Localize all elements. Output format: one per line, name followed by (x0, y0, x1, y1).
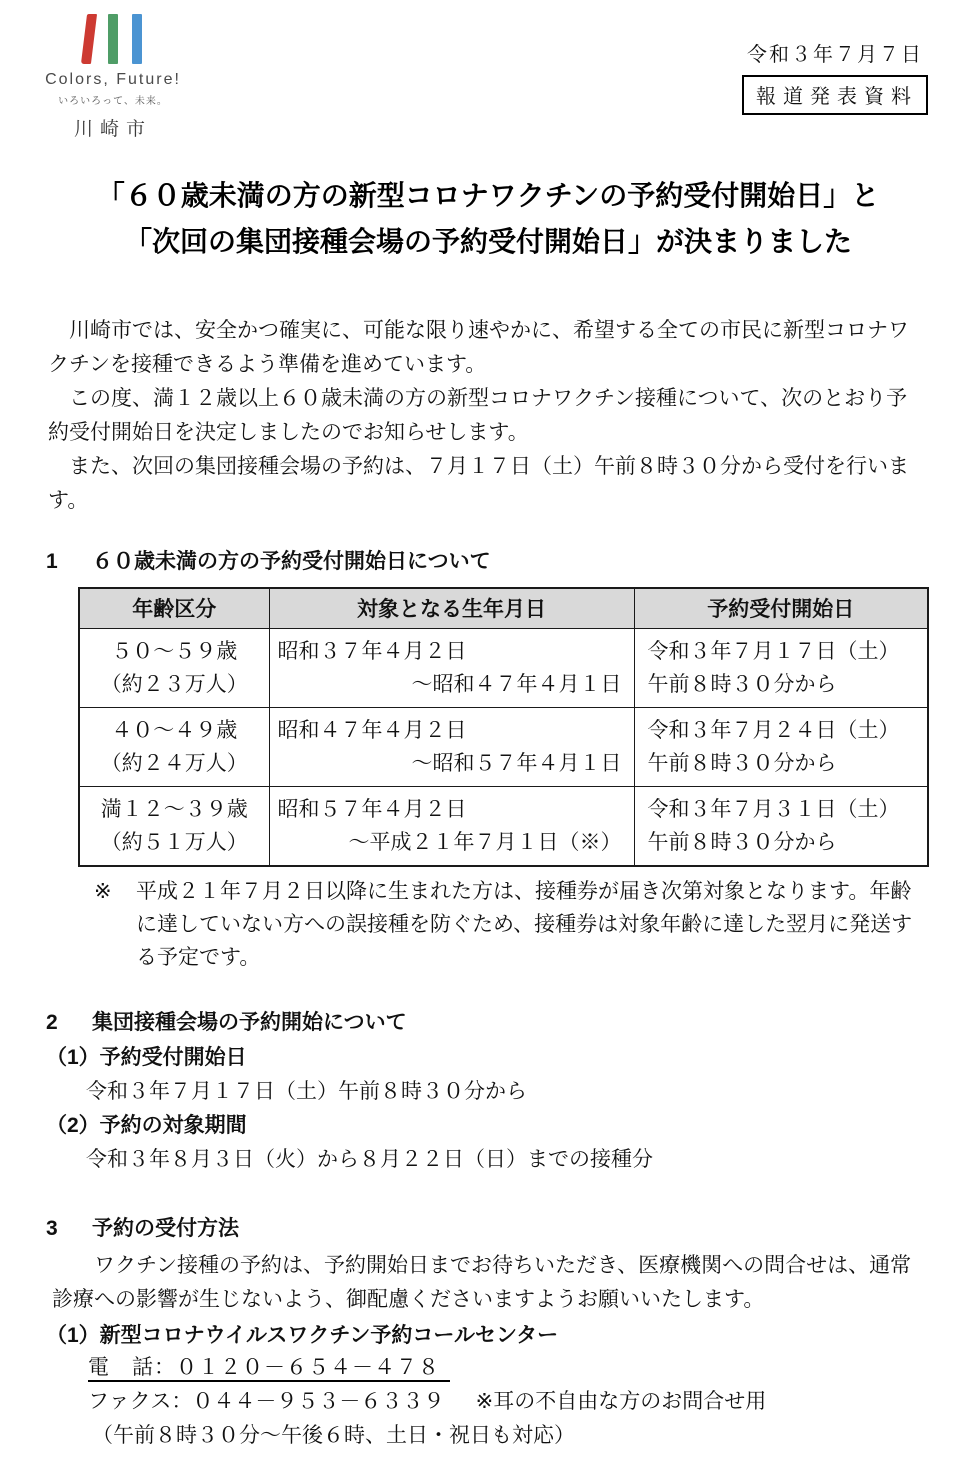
start-time: 午前８時３０分から (648, 747, 920, 780)
logo-brand-text: Colors, Future! (28, 71, 198, 89)
age-range: ５０～５９歳 (88, 635, 261, 668)
startdate-cell: 令和３年７月３１日（土） 午前８時３０分から (634, 786, 928, 866)
start-date: 令和３年７月１７日（土） (648, 635, 920, 668)
fax-number: ファクス：０４４－９５３－６３３９ (88, 1389, 444, 1413)
section2-number: 2 (46, 1008, 92, 1038)
age-range: 満１２～３９歳 (88, 793, 261, 826)
age-population: （約２３万人） (88, 668, 261, 701)
press-release-page: Colors, Future! いろいろって、未来。 川崎市 令和３年７月７日 … (0, 0, 976, 1472)
document-type-badge: 報道発表資料 (742, 75, 928, 115)
logo-city-name: 川崎市 (28, 114, 198, 141)
age-population: （約２４万人） (88, 747, 261, 780)
table-row: 満１２～３９歳 （約５１万人） 昭和５７年４月２日 ～平成２１年７月１日（※） … (79, 786, 928, 866)
kawasaki-city-logo: Colors, Future! いろいろって、未来。 川崎市 (28, 8, 198, 141)
age-range: ４０～４９歳 (88, 714, 261, 747)
reservation-schedule-table: 年齢区分 対象となる生年月日 予約受付開始日 ５０～５９歳 （約２３万人） 昭和… (78, 587, 929, 867)
logo-blue-bar-icon (132, 14, 142, 64)
logo-bars-icon (28, 14, 198, 64)
age-population: （約５１万人） (88, 826, 261, 859)
start-time: 午前８時３０分から (648, 668, 920, 701)
start-date: 令和３年７月３１日（土） (648, 793, 920, 826)
intro-paragraph-2: この度、満１２歳以上６０歳未満の方の新型コロナワクチン接種について、次のとおり予… (48, 381, 928, 449)
logo-green-bar-icon (108, 14, 118, 64)
startdate-cell: 令和３年７月１７日（土） 午前８時３０分から (634, 628, 928, 707)
phone-line: 電 話：０１２０－６５４－４７８ (88, 1350, 928, 1384)
section3-paragraph: ワクチン接種の予約は、予約開始日までお待ちいただき、医療機関への問合せは、通常診… (48, 1248, 928, 1316)
section1-heading: 1 ６０歳未満の方の予約受付開始日について (46, 547, 928, 577)
startdate-cell: 令和３年７月２４日（土） 午前８時３０分から (634, 707, 928, 786)
age-cell: ４０～４９歳 （約２４万人） (79, 707, 269, 786)
age-cell: ５０～５９歳 （約２３万人） (79, 628, 269, 707)
release-date: 令和３年７月７日 (742, 38, 928, 67)
section3-number: 3 (46, 1214, 92, 1244)
column-header-age: 年齢区分 (79, 588, 269, 628)
birthdate-from: 昭和５７年４月２日 (278, 793, 626, 826)
start-date: 令和３年７月２４日（土） (648, 714, 920, 747)
birthdate-cell: 昭和３７年４月２日 ～昭和４７年４月１日 (269, 628, 634, 707)
section2-sub1-value: 令和３年７月１７日（土）午前８時３０分から (86, 1076, 928, 1106)
title-line-1: 「６０歳未満の方の新型コロナワクチンの予約受付開始日」と (97, 180, 880, 211)
section1-number: 1 (46, 547, 92, 577)
table-footnote: ※ 平成２１年７月２日以降に生まれた方は、接種券が届き次第対象となります。年齢に… (94, 875, 928, 974)
table-header-row: 年齢区分 対象となる生年月日 予約受付開始日 (79, 588, 928, 628)
logo-red-bar-icon (81, 14, 97, 64)
logo-tagline: いろいろって、未来。 (28, 92, 198, 107)
start-time: 午前８時３０分から (648, 826, 920, 859)
call-center-heading: （1）新型コロナウイルスワクチン予約コールセンター (46, 1322, 928, 1350)
birthdate-cell: 昭和４７年４月２日 ～昭和５７年４月１日 (269, 707, 634, 786)
birthdate-from: 昭和３７年４月２日 (278, 635, 626, 668)
birthdate-to: ～昭和４７年４月１日 (278, 668, 626, 701)
document-meta: 令和３年７月７日 報道発表資料 (742, 38, 928, 115)
section1-heading-text: ６０歳未満の方の予約受付開始日について (92, 547, 491, 577)
intro-paragraph-1: 川崎市では、安全かつ確実に、可能な限り速やかに、希望する全ての市民に新型コロナワ… (48, 313, 928, 381)
fax-line: ファクス：０４４－９５３－６３３９ ※耳の不自由な方のお問合せ用 (88, 1384, 928, 1418)
section3-heading: 3 予約の受付方法 (46, 1214, 928, 1244)
section2-sub2-value: 令和３年８月３日（火）から８月２２日（日）までの接種分 (86, 1144, 928, 1174)
column-header-startdate: 予約受付開始日 (634, 588, 928, 628)
footnote-text: 平成２１年７月２日以降に生まれた方は、接種券が届き次第対象となります。年齢に達し… (136, 875, 926, 974)
page-header: Colors, Future! いろいろって、未来。 川崎市 令和３年７月７日 … (48, 8, 928, 141)
fax-note: ※耳の不自由な方のお問合せ用 (476, 1389, 767, 1413)
age-cell: 満１２～３９歳 （約５１万人） (79, 786, 269, 866)
hours-line: （午前８時３０分～午後６時、土日・祝日も対応） (92, 1418, 928, 1452)
table-row: ５０～５９歳 （約２３万人） 昭和３７年４月２日 ～昭和４７年４月１日 令和３年… (79, 628, 928, 707)
table-row: ４０～４９歳 （約２４万人） 昭和４７年４月２日 ～昭和５７年４月１日 令和３年… (79, 707, 928, 786)
section2-sub1-heading: （1）予約受付開始日 (46, 1044, 928, 1072)
footnote-marker: ※ (94, 875, 136, 974)
intro-paragraph-3: また、次回の集団接種会場の予約は、７月１７日（土）午前８時３０分から受付を行いま… (48, 449, 928, 517)
section3-heading-text: 予約の受付方法 (92, 1214, 239, 1244)
intro-paragraphs: 川崎市では、安全かつ確実に、可能な限り速やかに、希望する全ての市民に新型コロナワ… (48, 313, 928, 517)
section2-heading: 2 集団接種会場の予約開始について (46, 1008, 928, 1038)
birthdate-to: ～昭和５７年４月１日 (278, 747, 626, 780)
section2-heading-text: 集団接種会場の予約開始について (92, 1008, 407, 1038)
birthdate-to: ～平成２１年７月１日（※） (278, 826, 626, 859)
document-title: 「６０歳未満の方の新型コロナワクチンの予約受付開始日」と 「次回の集団接種会場の… (48, 173, 928, 265)
birthdate-cell: 昭和５７年４月２日 ～平成２１年７月１日（※） (269, 786, 634, 866)
column-header-birthdate: 対象となる生年月日 (269, 588, 634, 628)
phone-number: 電 話：０１２０－６５４－４７８ (88, 1355, 450, 1382)
birthdate-from: 昭和４７年４月２日 (278, 714, 626, 747)
title-line-2: 「次回の集団接種会場の予約受付開始日」が決まりました (124, 226, 852, 257)
section2-sub2-heading: （2）予約の対象期間 (46, 1112, 928, 1140)
